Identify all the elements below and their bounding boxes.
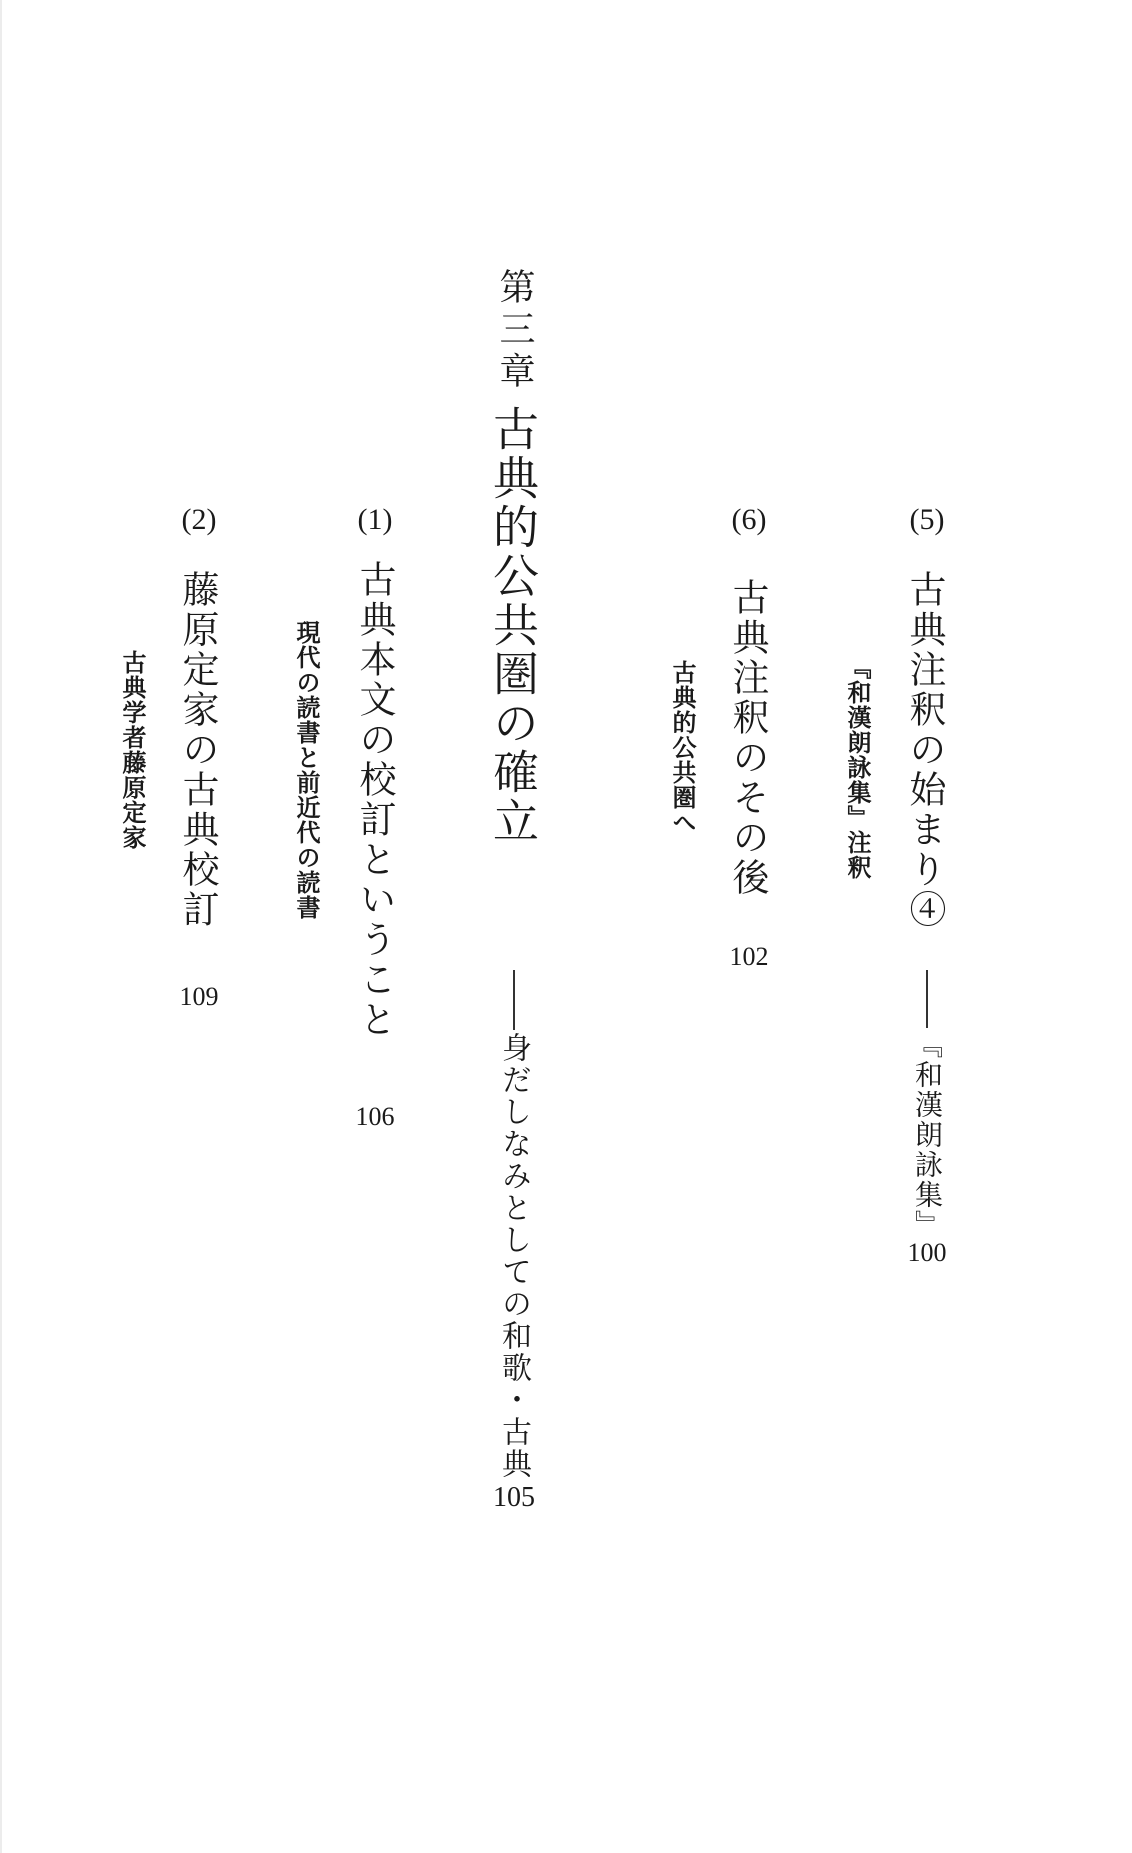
section-subtitle: 『和漢朗詠集』注釈	[845, 655, 869, 880]
page-number: 106	[345, 1104, 405, 1130]
chapter-label: 第三章	[496, 268, 532, 394]
section-number: (1)	[345, 505, 405, 535]
em-dash	[926, 970, 928, 1028]
section-number: (6)	[719, 505, 779, 535]
chapter-title: 古典的公共圏の確立	[490, 405, 536, 846]
chapter-subtitle: 身だしなみとしての和歌・古典	[498, 1032, 528, 1480]
section-title-suffix: 『和漢朗詠集』	[913, 1030, 941, 1240]
section-number: (5)	[897, 505, 957, 535]
section-subtitle: 現代の読書と前近代の読書	[294, 620, 318, 920]
page-number: 109	[169, 984, 229, 1010]
section-title: 藤原定家の古典校訂	[179, 570, 216, 930]
section-title: 古典注釈の始まり④	[906, 570, 943, 930]
page-number: 105	[484, 1484, 544, 1512]
toc-page: (5) 古典注釈の始まり④ 『和漢朗詠集』 『和漢朗詠集』注釈 100 (6) …	[0, 0, 1132, 1853]
section-title: 古典注釈のその後	[729, 578, 766, 898]
page-number: 100	[897, 1240, 957, 1266]
section-subtitle: 古典学者藤原定家	[120, 650, 144, 850]
em-dash	[513, 970, 515, 1030]
page-number: 102	[719, 944, 779, 970]
section-number: (2)	[169, 505, 229, 535]
section-subtitle: 古典的公共圏へ	[670, 660, 694, 835]
section-title: 古典本文の校訂ということ	[356, 560, 393, 1040]
